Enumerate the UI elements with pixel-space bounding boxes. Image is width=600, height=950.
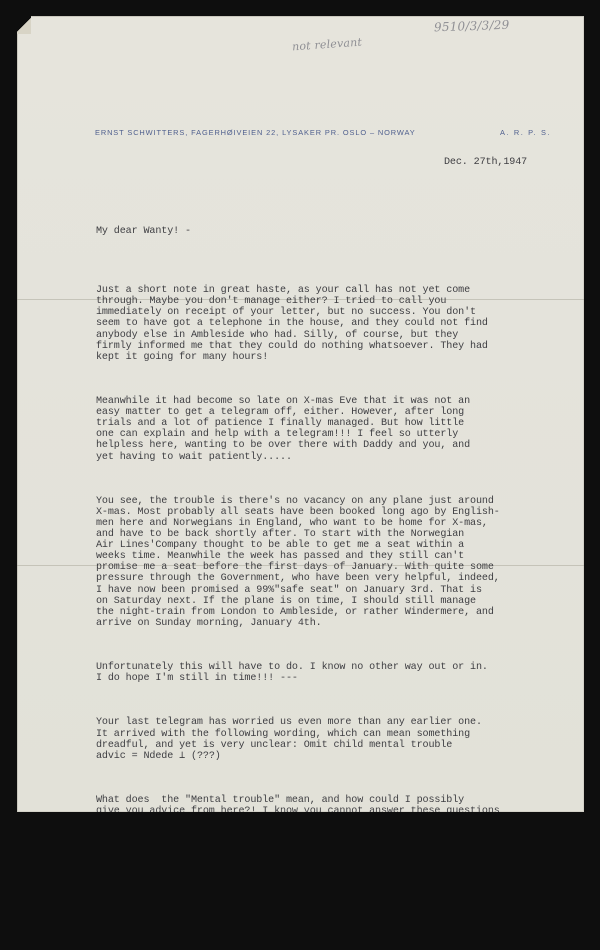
letter-date: Dec. 27th,1947 (444, 157, 527, 168)
folded-corner (17, 16, 31, 34)
archive-reference: 9510/3/3/29 (434, 18, 510, 35)
paragraph: Your last telegram has worried us even m… (96, 717, 586, 761)
paragraph: Unfortunately this will have to do. I kn… (96, 662, 586, 684)
paragraph: Meanwhile it had become so late on X-mas… (96, 396, 586, 463)
letter-page: 9510/3/3/29 not relevant ERNST SCHWITTER… (17, 16, 584, 812)
letter-body: Just a short note in great haste, as you… (96, 263, 586, 830)
letterhead-credentials: A. R. P. S. (500, 128, 551, 137)
handwritten-note: not relevant (292, 36, 363, 54)
letterhead-address: ERNST SCHWITTERS, FAGERHØIVEIEN 22, LYSA… (95, 128, 416, 137)
paragraph: You see, the trouble is there's no vacan… (96, 496, 586, 629)
paragraph: Just a short note in great haste, as you… (96, 285, 586, 363)
salutation: My dear Wanty! - (96, 226, 191, 237)
paragraph: What does the "Mental trouble" mean, and… (96, 795, 586, 830)
